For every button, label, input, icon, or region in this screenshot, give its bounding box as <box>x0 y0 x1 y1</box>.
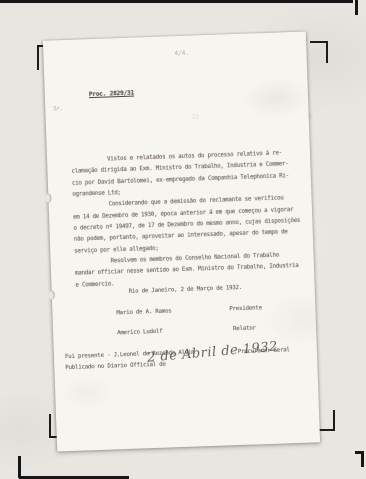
photostat-photo: 4/4. Proc. 2829/31 Sr. 22 Vistos e relat… <box>0 0 366 479</box>
faint-pencil-mark: 22 <box>192 113 199 120</box>
signature-row: Mario de A. Ramos Presidente <box>43 32 306 41</box>
page-marker: 4/4. <box>174 50 189 58</box>
signatory-name: Americo Ludolf <box>117 329 163 337</box>
signatory-name: Mario de A. Ramos <box>116 308 171 316</box>
film-edge-top <box>0 0 353 3</box>
corner-mark-bottom-right <box>317 410 335 431</box>
document-sheet: 4/4. Proc. 2829/31 Sr. 22 Vistos e relat… <box>43 32 320 452</box>
process-number: Proc. 2829/31 <box>89 90 134 99</box>
document-body: Vistos e relatados os autos do processo … <box>71 150 312 294</box>
salutation-abbrev: Sr. <box>53 106 63 112</box>
signatory-title: Relator <box>233 325 256 332</box>
corner-mark-top-right <box>310 41 328 63</box>
handwritten-date: 2 de Abril de 1932 <box>146 339 278 365</box>
paper-notch <box>45 194 51 203</box>
paper-notch <box>49 290 55 299</box>
corner-mark-outer-bottom-right-h <box>355 451 364 454</box>
signature-row: Americo Ludolf Relator <box>43 32 306 41</box>
signatory-title: Presidente <box>229 305 262 312</box>
corner-mark-outer-bottom-left <box>18 456 21 478</box>
corner-mark-outer-top-right <box>355 0 358 15</box>
